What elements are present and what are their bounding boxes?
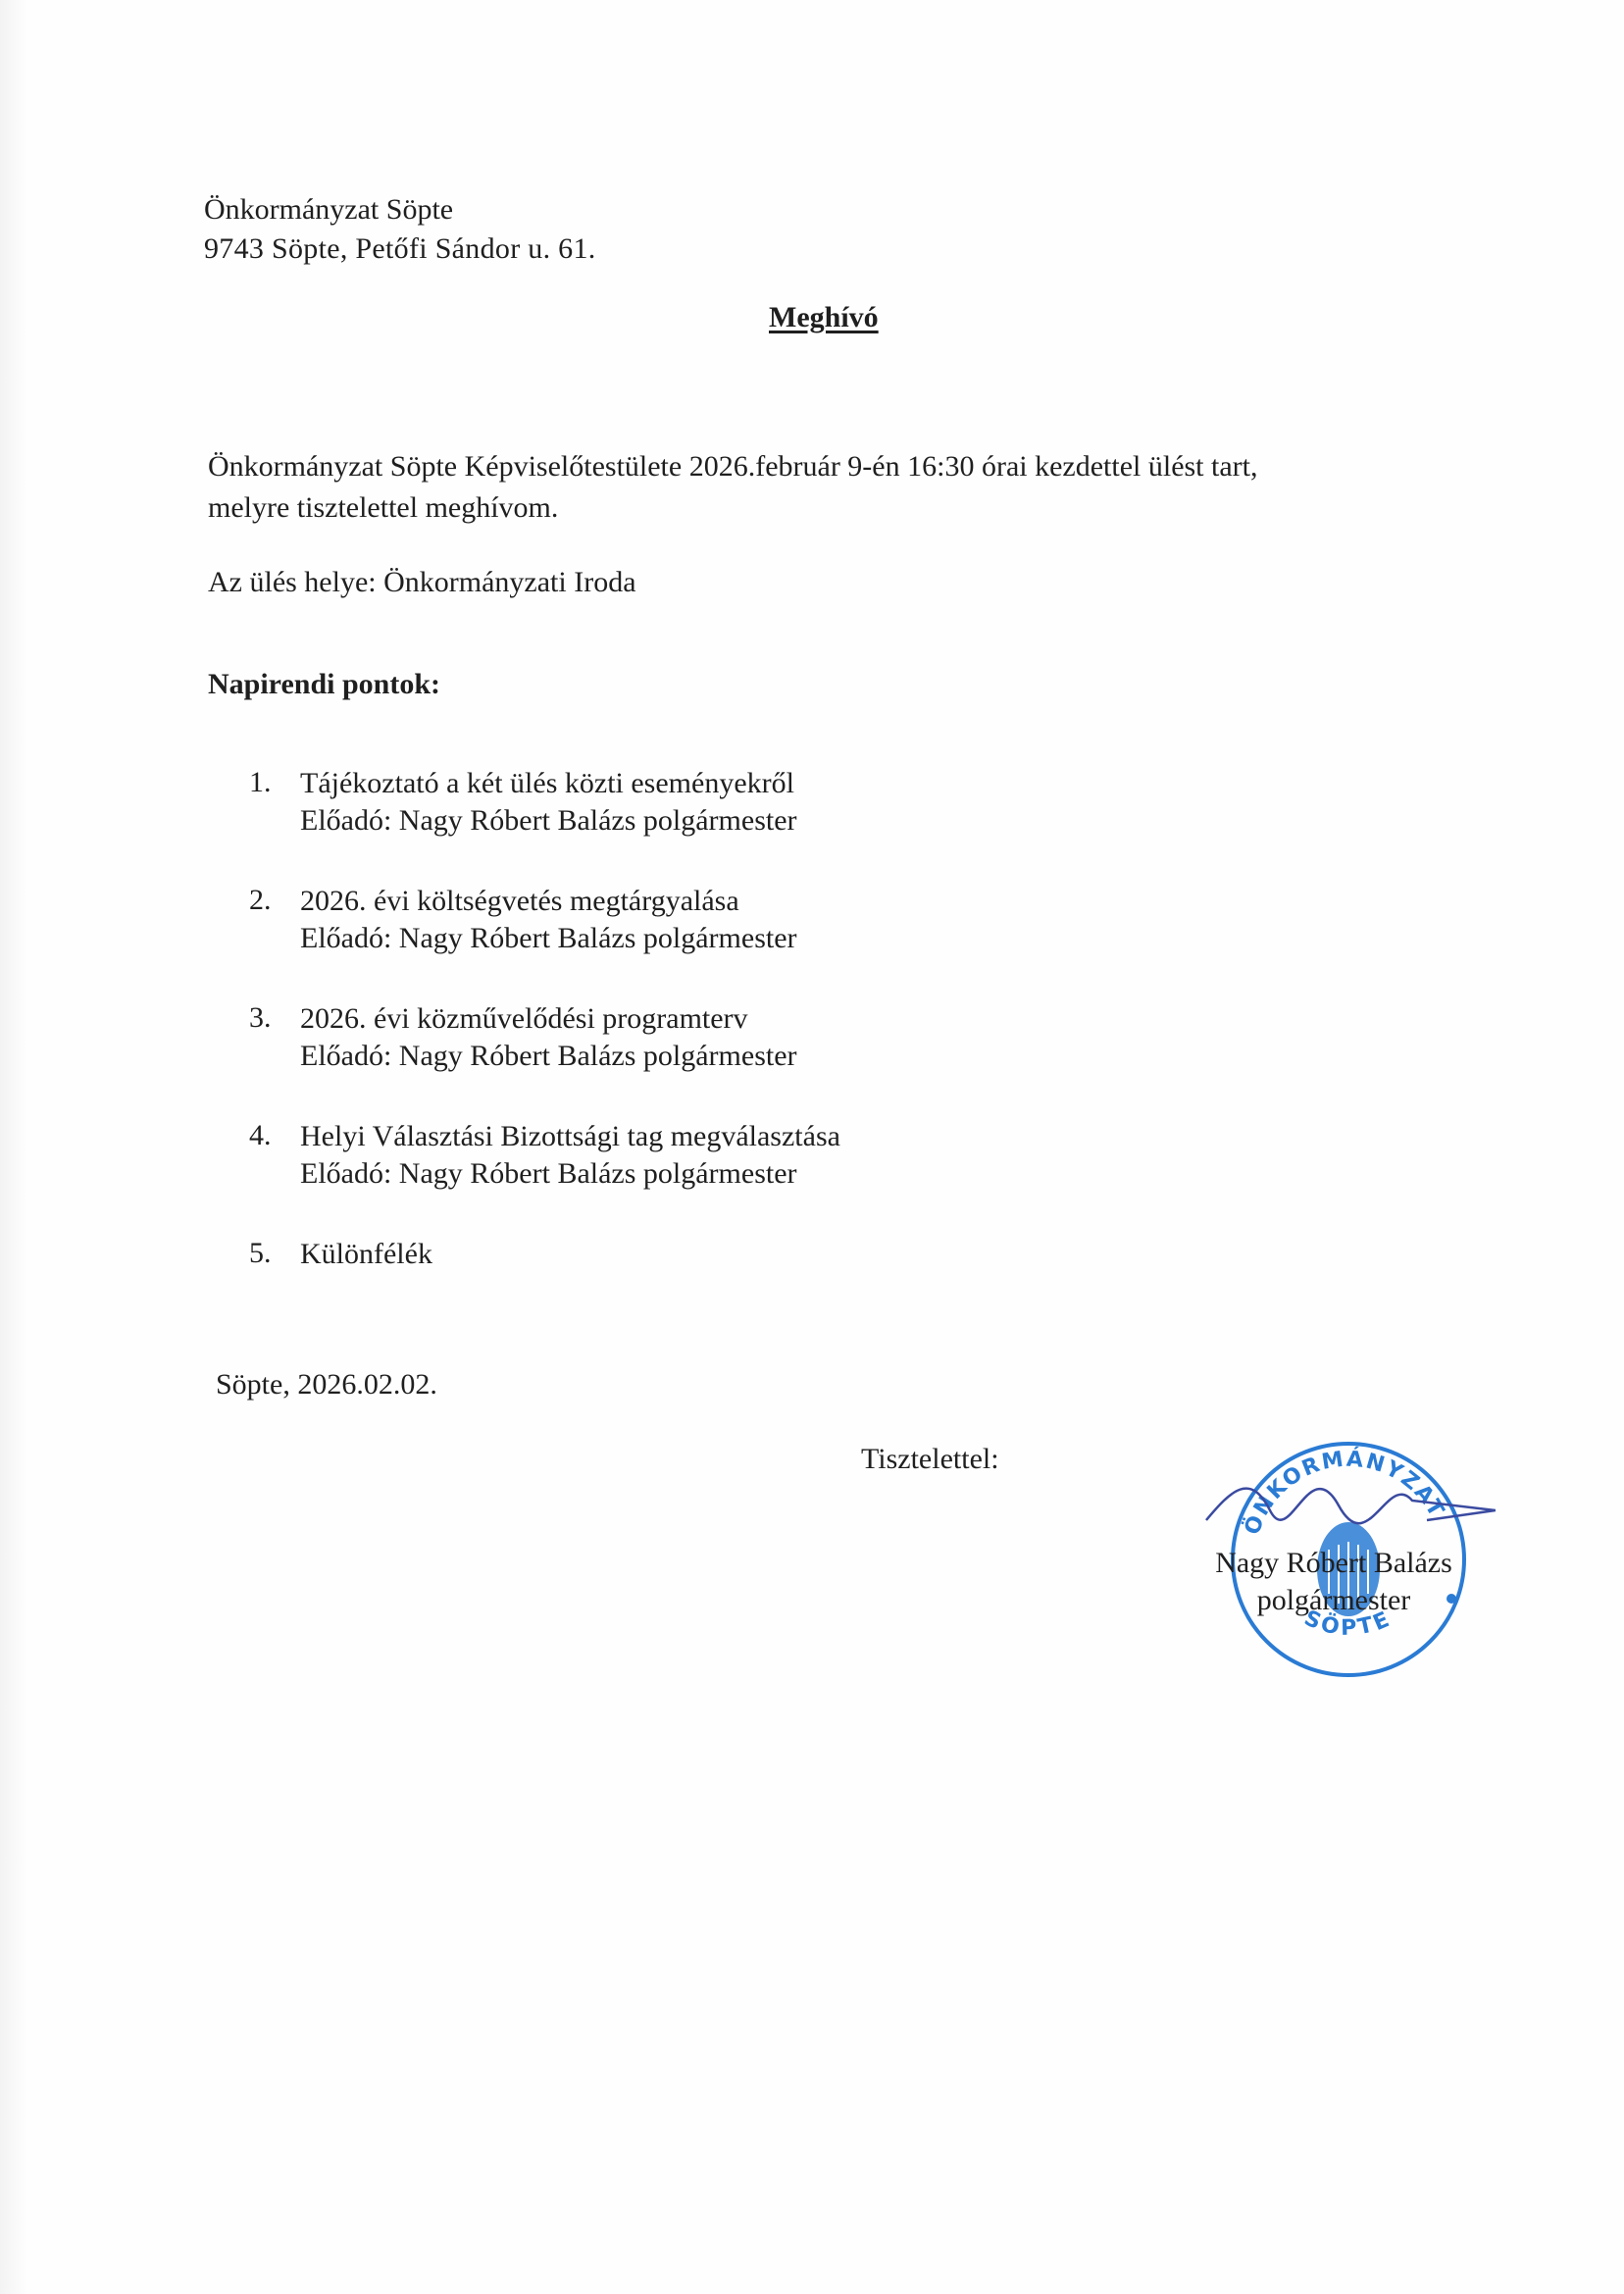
intro-line-1: Önkormányzat Söpte Képviselőtestülete 20… — [208, 449, 1258, 484]
agenda-item-number: 5. — [249, 1236, 272, 1271]
signer-role: polgármester — [1196, 1583, 1471, 1618]
agenda-item: 1. Tájékoztató a két ülés közti eseménye… — [249, 765, 840, 840]
signer-block: Nagy Róbert Balázs polgármester — [1196, 1546, 1471, 1618]
agenda-item-topic: Tájékoztató a két ülés közti eseményekrő… — [300, 765, 840, 802]
agenda-item-topic: Helyi Választási Bizottsági tag megválas… — [300, 1118, 840, 1155]
agenda-item-presenter: Előadó: Nagy Róbert Balázs polgármester — [300, 1155, 840, 1193]
agenda-list: 1. Tájékoztató a két ülés közti eseménye… — [249, 765, 840, 1316]
scan-edge-shadow — [0, 0, 27, 2294]
agenda-item-presenter: Előadó: Nagy Róbert Balázs polgármester — [300, 920, 840, 957]
sender-address: 9743 Söpte, Petőfi Sándor u. 61. — [204, 231, 596, 267]
agenda-item-number: 1. — [249, 765, 272, 800]
agenda-heading: Napirendi pontok: — [208, 667, 440, 702]
agenda-item-presenter: Előadó: Nagy Róbert Balázs polgármester — [300, 802, 840, 840]
agenda-item-topic: 2026. évi költségvetés megtárgyalása — [300, 883, 840, 920]
agenda-item-topic: 2026. évi közművelődési programterv — [300, 1000, 840, 1038]
meeting-venue: Az ülés helye: Önkormányzati Iroda — [208, 565, 636, 600]
place-and-date: Söpte, 2026.02.02. — [216, 1367, 437, 1402]
agenda-item-number: 4. — [249, 1118, 272, 1153]
agenda-item: 2. 2026. évi költségvetés megtárgyalása … — [249, 883, 840, 957]
agenda-item: 3. 2026. évi közművelődési programterv E… — [249, 1000, 840, 1075]
agenda-item: 5. Különfélék — [249, 1236, 840, 1273]
intro-line-2: melyre tisztelettel meghívom. — [208, 490, 558, 526]
agenda-item-number: 2. — [249, 883, 272, 918]
document-title: Meghívó — [769, 300, 879, 335]
agenda-item-number: 3. — [249, 1000, 272, 1036]
agenda-item-topic: Különfélék — [300, 1236, 840, 1273]
agenda-item: 4. Helyi Választási Bizottsági tag megvá… — [249, 1118, 840, 1193]
agenda-item-presenter: Előadó: Nagy Róbert Balázs polgármester — [300, 1038, 840, 1075]
document-page: Önkormányzat Söpte 9743 Söpte, Petőfi Sá… — [0, 0, 1624, 2294]
signer-name: Nagy Róbert Balázs — [1196, 1546, 1471, 1581]
closing-salutation: Tisztelettel: — [861, 1442, 999, 1477]
sender-name: Önkormányzat Söpte — [204, 192, 453, 228]
